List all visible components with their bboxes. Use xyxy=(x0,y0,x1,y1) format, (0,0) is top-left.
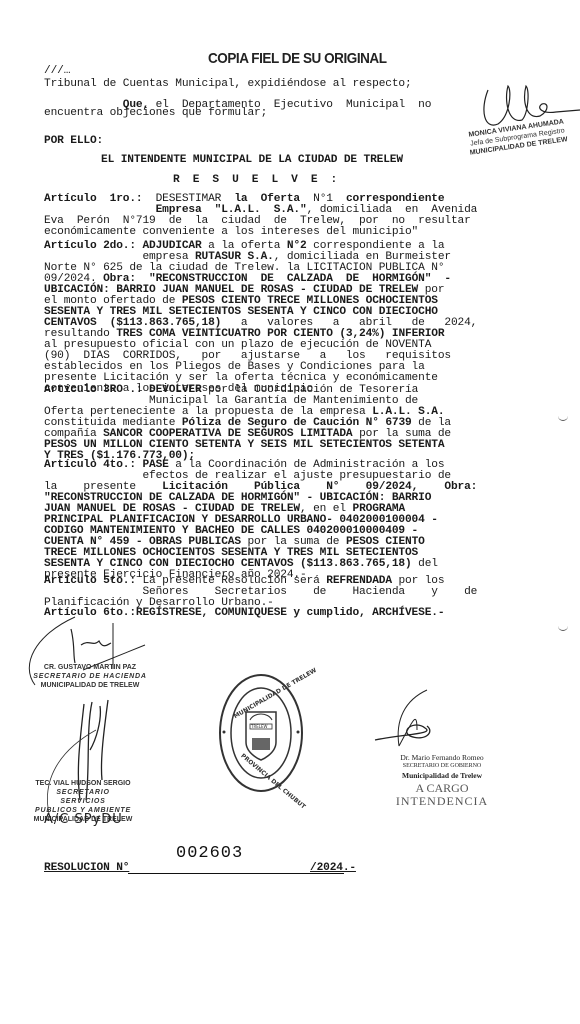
signature-hudson-note: A/C SPyDU xyxy=(44,812,123,827)
signature-romeo xyxy=(355,690,465,750)
a-cargo-intendencia-stamp: A CARGO INTENDENCIA xyxy=(382,782,502,808)
resuelve-heading: R E S U E L V E : xyxy=(173,175,337,186)
certified-copy-stamp: COPIA FIEL DE SU ORIGINAL xyxy=(208,50,387,67)
heading-intendente: EL INTENDENTE MUNICIPAL DE LA CIUDAD DE … xyxy=(101,155,403,166)
considerando-que-line2: encuentra objeciones que formular; xyxy=(44,108,267,119)
signature-romeo-caption: Dr. Mario Fernando Romeo SECRETARIO DE G… xyxy=(372,753,512,780)
resolution-year: /2024.- xyxy=(310,863,356,874)
resolution-number: 002603 xyxy=(176,844,243,863)
article-3: Artículo 3RO .: DEVOLVER por la Coordina… xyxy=(44,385,554,462)
article-5: Artículo 5to.: La presente Resolución se… xyxy=(44,576,554,609)
margin-mark xyxy=(558,416,568,421)
intro-line: Tribunal de Cuentas Municipal, expidiénd… xyxy=(44,79,412,90)
resolution-label: RESOLUCION N° xyxy=(44,863,129,874)
por-ello: POR ELLO: xyxy=(44,136,103,147)
article-line: económicamente conveniente a los interes… xyxy=(44,227,554,238)
signature-paz-caption: CR. GUSTAVO MARTIN PAZ SECRETARIO DE HAC… xyxy=(30,663,150,690)
seal-shield-label: TRELEW xyxy=(251,724,267,729)
article-4: Artículo 4to.: PASE a la Coordinación de… xyxy=(44,460,554,581)
handwritten-signature-icon xyxy=(355,690,465,750)
article-2: Artículo 2do.: ADJUDICAR a la oferta N°2… xyxy=(44,241,554,395)
continuation-mark: ///… xyxy=(44,66,70,77)
article-1: Artículo 1ro.: DESESTIMAR la Oferta N°1 … xyxy=(44,194,554,238)
margin-mark xyxy=(558,626,568,631)
